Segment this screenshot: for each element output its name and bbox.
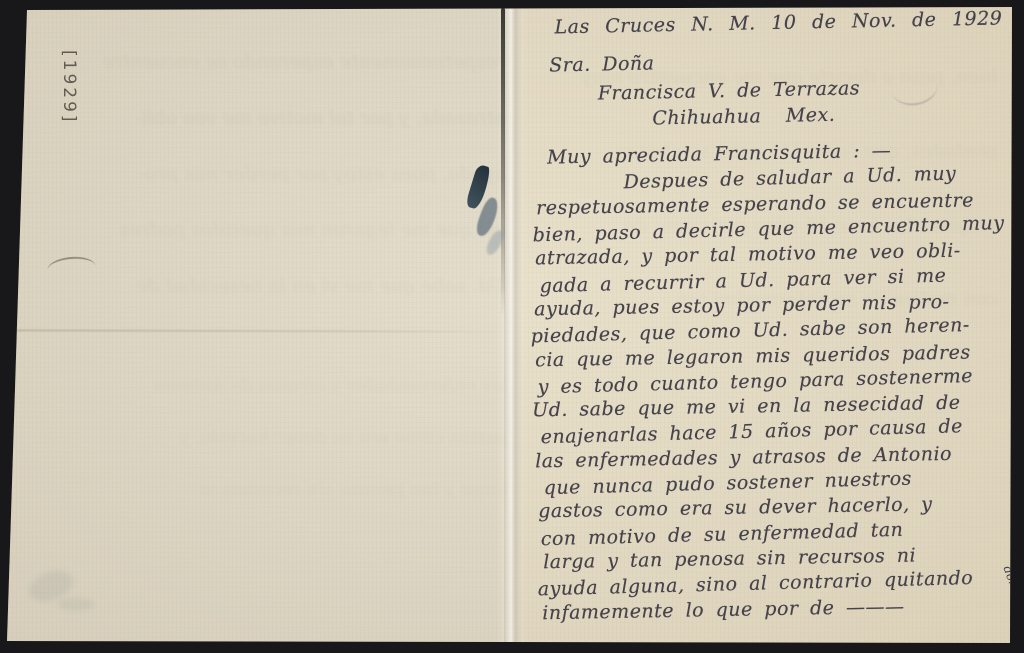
letter-dateline: Las Cruces N. M. 10 de Nov. de 1929 bbox=[554, 6, 1020, 41]
letter-text: Las Cruces N. M. 10 de Nov. de 1929 Sra.… bbox=[524, 0, 1024, 627]
page-gap-shadow bbox=[501, 8, 505, 318]
letter-body: Despues de saludar a Ud. muy respetuosam… bbox=[527, 161, 1024, 626]
archival-year-note: [1929] bbox=[59, 50, 79, 125]
scanned-letter-frame: respetuosamente esperando se encuentre a… bbox=[0, 0, 1024, 653]
center-fold-crease bbox=[504, 7, 522, 643]
letter-sheet: respetuosamente esperando se encuentre a… bbox=[0, 0, 1024, 653]
smudge-mark bbox=[58, 598, 94, 611]
